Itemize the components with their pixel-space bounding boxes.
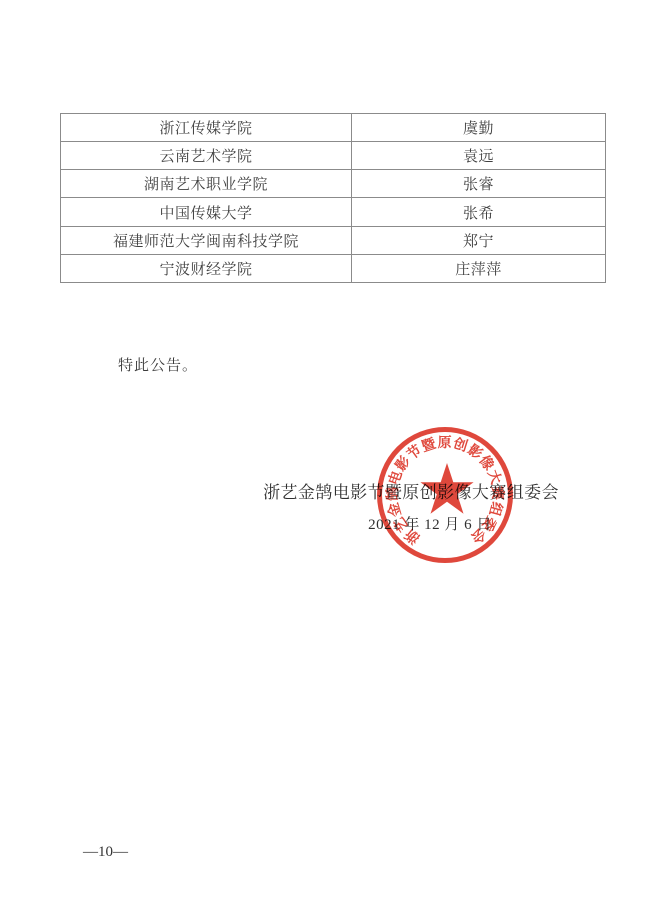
table-row: 浙江传媒学院 虞勤 bbox=[61, 114, 606, 142]
person-cell: 庄萍萍 bbox=[352, 254, 606, 282]
school-cell: 湖南艺术职业学院 bbox=[61, 170, 352, 198]
page-number: —10— bbox=[83, 844, 128, 861]
table-row: 福建师范大学闽南科技学院 郑宁 bbox=[61, 226, 606, 254]
table-row: 云南艺术学院 袁远 bbox=[61, 142, 606, 170]
school-cell: 云南艺术学院 bbox=[61, 142, 352, 170]
school-cell: 中国传媒大学 bbox=[61, 198, 352, 226]
person-cell: 虞勤 bbox=[352, 114, 606, 142]
person-cell: 袁远 bbox=[352, 142, 606, 170]
document-page: 浙江传媒学院 虞勤 云南艺术学院 袁远 湖南艺术职业学院 张睿 中国传媒大学 张… bbox=[0, 0, 650, 919]
table-row: 湖南艺术职业学院 张睿 bbox=[61, 170, 606, 198]
school-cell: 福建师范大学闽南科技学院 bbox=[61, 226, 352, 254]
person-cell: 张睿 bbox=[352, 170, 606, 198]
committee-signature: 浙艺金鹄电影节暨原创影像大赛组委会 bbox=[263, 478, 559, 503]
person-cell: 张希 bbox=[352, 198, 606, 226]
school-cell: 宁波财经学院 bbox=[61, 254, 352, 282]
table-row: 中国传媒大学 张希 bbox=[61, 198, 606, 226]
signature-date: 2021 年 12 月 6 日 bbox=[368, 513, 492, 534]
school-cell: 浙江传媒学院 bbox=[61, 114, 352, 142]
award-table: 浙江传媒学院 虞勤 云南艺术学院 袁远 湖南艺术职业学院 张睿 中国传媒大学 张… bbox=[60, 113, 606, 283]
announcement-text: 特此公告。 bbox=[118, 354, 198, 375]
person-cell: 郑宁 bbox=[352, 226, 606, 254]
table-row: 宁波财经学院 庄萍萍 bbox=[61, 254, 606, 282]
